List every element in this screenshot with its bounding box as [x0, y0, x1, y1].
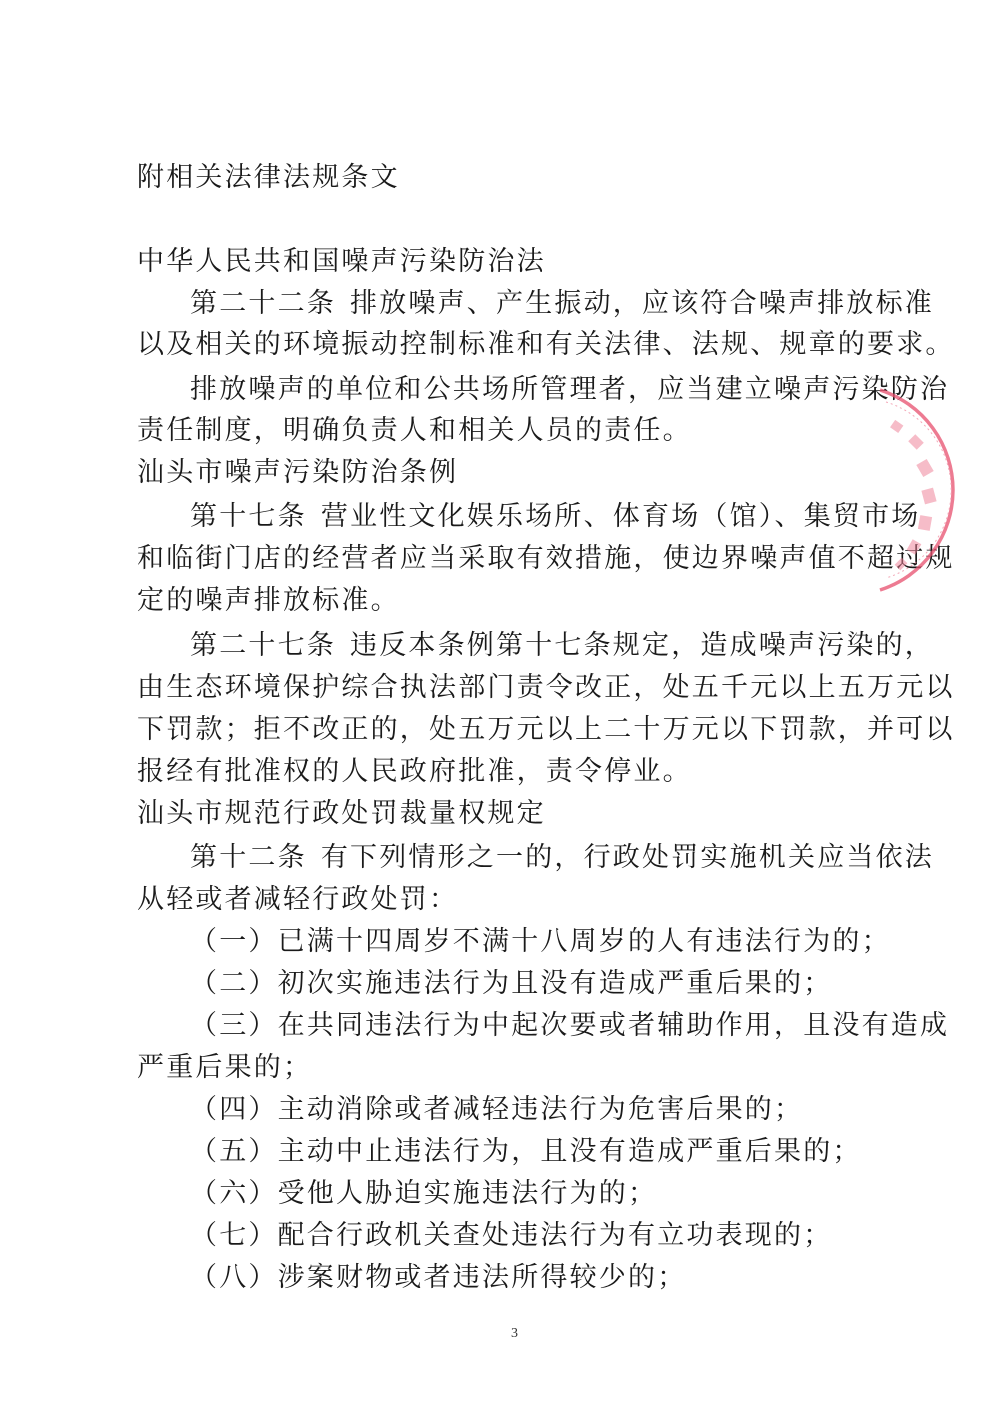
list-item-5: （五）主动中止违法行为，且没有造成严重后果的；	[190, 1132, 862, 1172]
document-heading: 附相关法律法规条文	[137, 158, 400, 198]
list-item-1: （一）已满十四周岁不满十八周岁的人有违法行为的；	[190, 922, 891, 962]
article-12-line-1: 第十二条有下列情形之一的，行政处罚实施机关应当依法	[190, 838, 885, 878]
article-27-line-1: 第二十七条违反本条例第十七条规定，造成噪声污染的，	[190, 626, 885, 666]
seal-icon	[870, 382, 970, 592]
article-number: 第二十二条	[190, 288, 336, 319]
law-title-shantou-discretion-rules: 汕头市规范行政处罚裁量权规定	[137, 794, 546, 834]
article-number: 第十二条	[190, 842, 307, 873]
article-27-line-3: 下罚款；拒不改正的，处五万元以上二十万元以下罚款，并可以	[137, 710, 885, 750]
law-title-noise-pollution-law: 中华人民共和国噪声污染防治法	[137, 242, 546, 282]
article-12-line-2: 从轻或者减轻行政处罚：	[137, 880, 458, 920]
article-22-line-1: 第二十二条排放噪声、产生振动，应该符合噪声排放标准	[190, 284, 885, 324]
article-17-line-3: 定的噪声排放标准。	[137, 581, 400, 621]
document-page: 附相关法律法规条文 中华人民共和国噪声污染防治法 第二十二条排放噪声、产生振动，…	[0, 0, 1000, 1414]
article-17-line-2: 和临街门店的经营者应当采取有效措施，使边界噪声值不超过规	[137, 539, 885, 579]
official-seal-stamp	[870, 382, 970, 592]
list-item-4: （四）主动消除或者减轻违法行为危害后果的；	[190, 1090, 803, 1130]
list-item-3-line-1: （三）在共同违法行为中起次要或者辅助作用，且没有造成	[190, 1006, 885, 1046]
article-text: 违反本条例第十七条规定，造成噪声污染的，	[350, 630, 934, 661]
page-number: 3	[511, 1326, 518, 1342]
article-text: 有下列情形之一的，行政处罚实施机关应当依法	[321, 842, 934, 873]
list-item-7: （七）配合行政机关查处违法行为有立功表现的；	[190, 1216, 832, 1256]
article-22-para2-line-2: 责任制度，明确负责人和相关人员的责任。	[137, 411, 692, 451]
article-17-line-1: 第十七条营业性文化娱乐场所、体育场（馆）、集贸市场	[190, 497, 885, 537]
article-text: 排放噪声、产生振动，应该符合噪声排放标准	[350, 288, 934, 319]
list-item-6: （六）受他人胁迫实施违法行为的；	[190, 1174, 657, 1214]
list-item-3-line-2: 严重后果的；	[137, 1048, 312, 1088]
list-item-8: （八）涉案财物或者违法所得较少的；	[190, 1258, 686, 1298]
article-number: 第二十七条	[190, 630, 336, 661]
article-22-para2-line-1: 排放噪声的单位和公共场所管理者，应当建立噪声污染防治	[190, 370, 885, 410]
article-27-line-4: 报经有批准权的人民政府批准，责令停业。	[137, 752, 692, 792]
article-27-line-2: 由生态环境保护综合执法部门责令改正，处五千元以上五万元以	[137, 668, 885, 708]
article-text: 营业性文化娱乐场所、体育场（馆）、集贸市场	[321, 501, 921, 532]
article-22-line-2: 以及相关的环境振动控制标准和有关法律、法规、规章的要求。	[137, 325, 885, 365]
list-item-2: （二）初次实施违法行为且没有造成严重后果的；	[190, 964, 832, 1004]
article-number: 第十七条	[190, 501, 307, 532]
law-title-shantou-noise-regulation: 汕头市噪声污染防治条例	[137, 453, 458, 493]
